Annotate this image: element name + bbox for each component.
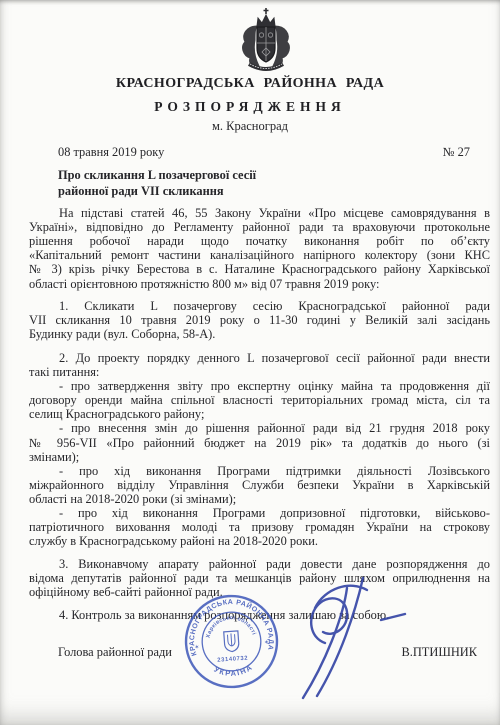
text-line: договору оренди майна спільної власності… [29, 393, 490, 407]
text-line: змінами); [29, 450, 490, 464]
text-line: № 3) крізь річку Берестова в с. Наталине… [29, 262, 490, 276]
text-line: області на 2018-2020 роки (зі змінами); [29, 492, 490, 506]
text-line: Про скликання L позачергової сесії [58, 167, 490, 183]
stamp-code-text: 23140732 [217, 656, 248, 664]
text-line: На підставі статей 46, 55 Закону України… [29, 206, 490, 220]
text-line: області орієнтовною протяжністю 800 м» в… [29, 277, 490, 291]
agenda-question-3: - про хід виконання Програми підтримки д… [29, 464, 490, 506]
document-type-title: РОЗПОРЯДЖЕННЯ [0, 99, 500, 115]
paragraph-item-2: 2. До проекту порядку денного L позачерг… [29, 351, 490, 379]
paragraph-item-1: 1. Скликати L позачергову сесію Красногр… [29, 299, 490, 341]
text-line: - про хід виконання Програми допризовної… [29, 506, 490, 520]
stamp-country-text: УКРАЇНА [212, 662, 255, 679]
document-number: № 27 [443, 145, 470, 159]
text-line: патріотичного виховання молоді та призов… [29, 520, 490, 534]
text-line: - про хід виконання Програми підтримки д… [29, 464, 490, 478]
text-line: службу в Красноградському районі на 2018… [29, 534, 490, 548]
text-line: 2. До проекту порядку денного L позачерг… [29, 351, 490, 365]
document-place: м. Красноград [0, 119, 500, 134]
text-line: VII скликання 10 травня 2019 року о 11-3… [29, 313, 490, 327]
paragraph-basis: На підставі статей 46, 55 Закону України… [29, 206, 490, 291]
text-line: Україні», відповідно до Регламенту район… [29, 220, 490, 234]
text-line: Будинку ради (вул. Соборна, 58-А). [29, 327, 490, 341]
text-line: - про внесення змін до рішення районної … [29, 421, 490, 435]
meta-row: 08 травня 2019 року № 27 [29, 145, 490, 159]
document-date: 08 травня 2019 року [58, 145, 164, 159]
handwritten-signature [255, 568, 415, 708]
agenda-question-4: - про хід виконання Програми допризовної… [29, 506, 490, 548]
text-line: «Капітальний ремонт частини каналізаційн… [29, 248, 490, 262]
scanned-document: КРАСНОГРАДСЬКА РАЙОННА РАДА РОЗПОРЯДЖЕНН… [0, 0, 500, 725]
text-line: № 956-VII «Про районний бюджет на 2019 р… [29, 436, 490, 450]
text-line: районної ради VII скликання [58, 183, 490, 199]
agenda-question-2: - про внесення змін до рішення районної … [29, 421, 490, 463]
stamp-star-left: ✶ [194, 644, 200, 651]
text-line: такі питання: [29, 365, 490, 379]
organization-name: КРАСНОГРАДСЬКА РАЙОННА РАДА [0, 76, 500, 92]
text-line: 1. Скликати L позачергову сесію Красногр… [29, 299, 490, 313]
text-line: рішення робочої наради щодо початку вико… [29, 234, 490, 248]
text-line: селищ Красноградського району; [29, 407, 490, 421]
text-line: міжрайонного відділу Управління Служби б… [29, 478, 490, 492]
coat-of-arms-icon [237, 6, 295, 74]
text-line: - про затвердження звіту про експертну о… [29, 379, 490, 393]
agenda-question-1: - про затвердження звіту про експертну о… [29, 379, 490, 421]
document-subject: Про скликання L позачергової сесіїрайонн… [58, 167, 490, 199]
signer-position: Голова районної ради [58, 645, 172, 659]
